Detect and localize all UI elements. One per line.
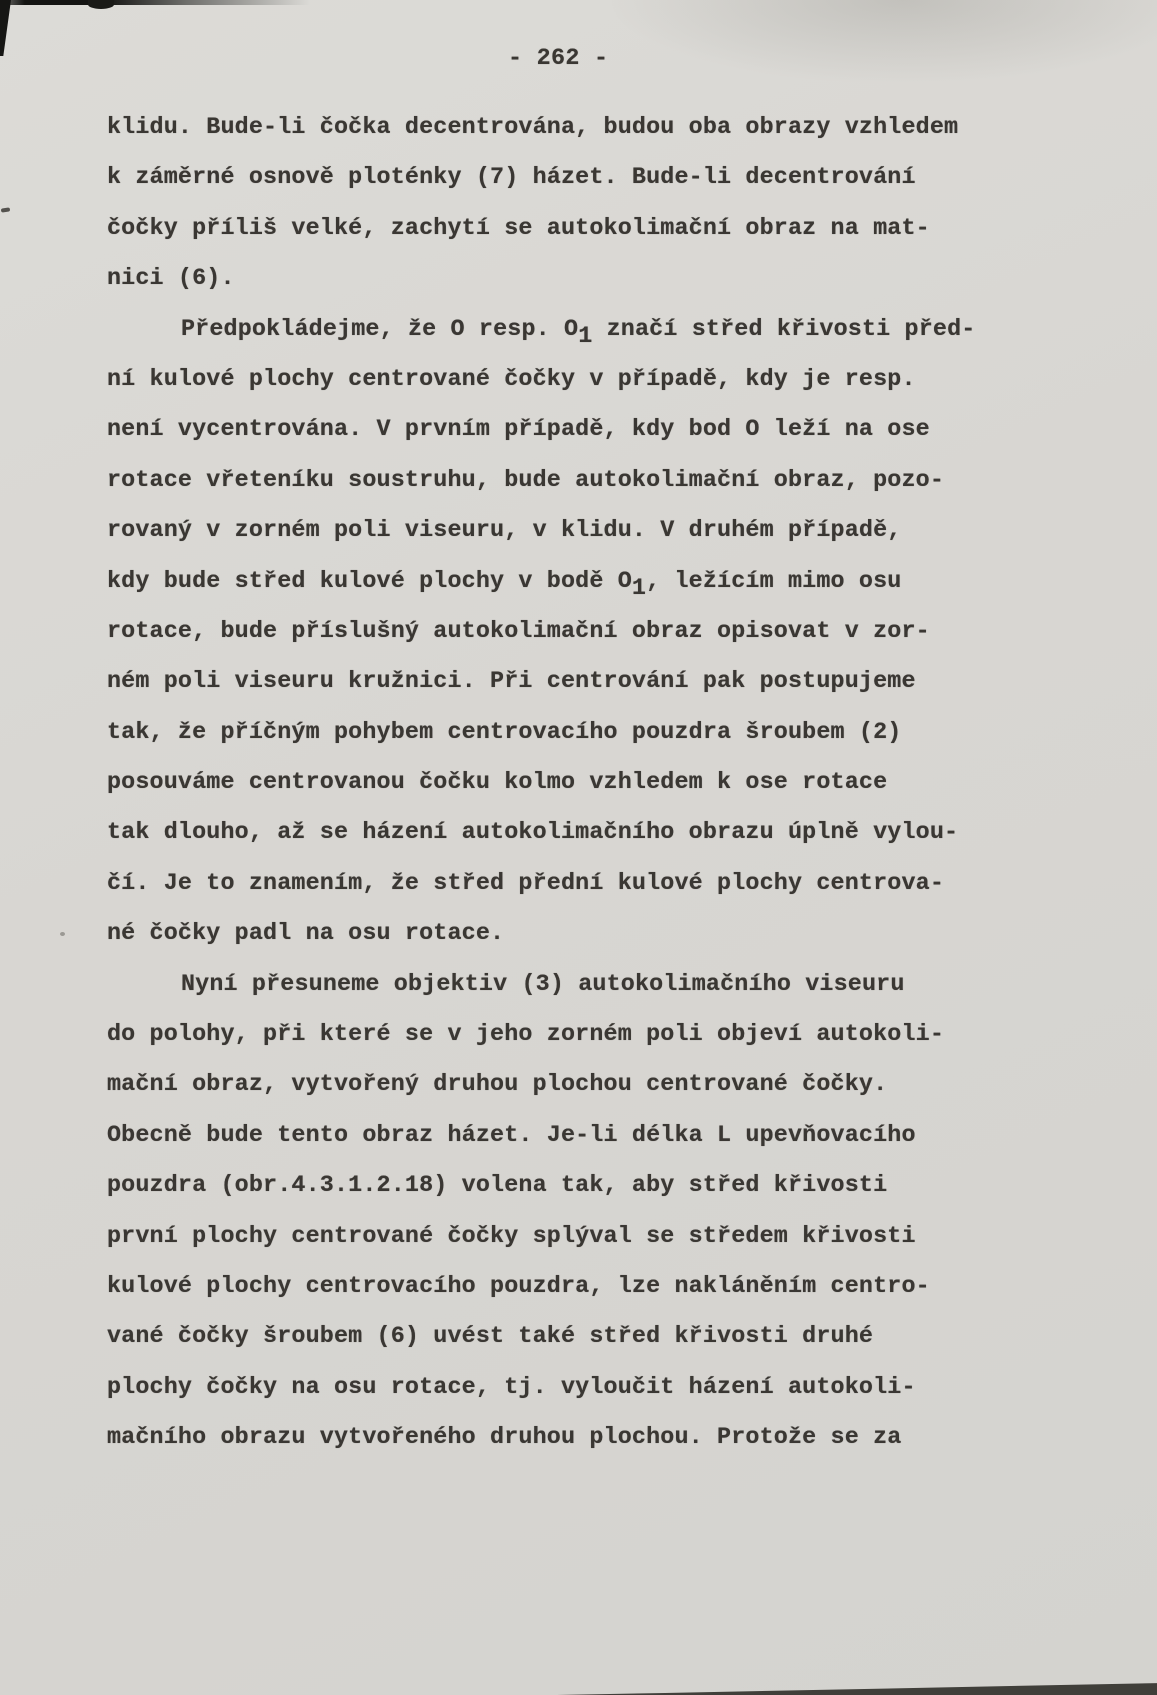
line-text: Nyní přesuneme objektiv (3) autokolimačn… xyxy=(181,972,905,998)
line-text: nici (6). xyxy=(107,266,235,292)
text-line: Předpokládejme, že O resp. O1 značí stře… xyxy=(107,305,1007,355)
line-text: rovaný v zorném poli viseuru, v klidu. V… xyxy=(107,518,901,544)
line-text: vané čočky šroubem (6) uvést také střed … xyxy=(107,1324,873,1350)
text-line: čočky příliš velké, zachytí se autokolim… xyxy=(107,204,1007,254)
line-text: čočky příliš velké, zachytí se autokolim… xyxy=(107,216,930,242)
line-text: mační obraz, vytvořený druhou plochou ce… xyxy=(107,1072,887,1098)
line-text: klidu. Bude-li čočka decentrována, budou… xyxy=(107,115,958,141)
line-text: rotace, bude příslušný autokolimační obr… xyxy=(107,619,930,645)
line-text: né čočky padl na osu rotace. xyxy=(107,921,504,947)
line-text: mačního obrazu vytvořeného druhou plocho… xyxy=(107,1425,901,1451)
text-line: rovaný v zorném poli viseuru, v klidu. V… xyxy=(107,506,1007,556)
scan-edge-bottom-right xyxy=(557,1678,1157,1695)
text-line: Obecně bude tento obraz házet. Je-li dél… xyxy=(107,1111,1007,1161)
text-line: ném poli viseuru kružnici. Při centrován… xyxy=(107,657,1007,707)
text-line: čí. Je to znamením, že střed přední kulo… xyxy=(107,859,1007,909)
text-line: ní kulové plochy centrované čočky v příp… xyxy=(107,355,1007,405)
text-line: tak, že příčným pohybem centrovacího pou… xyxy=(107,708,1007,758)
line-text: , ležícím mimo osu xyxy=(646,569,901,595)
text-line: vané čočky šroubem (6) uvést také střed … xyxy=(107,1312,1007,1362)
line-text: Předpokládejme, že O resp. O xyxy=(181,317,578,343)
text-line: nici (6). xyxy=(107,254,1007,304)
line-text: tak, že příčným pohybem centrovacího pou… xyxy=(107,720,901,746)
text-line: Nyní přesuneme objektiv (3) autokolimačn… xyxy=(107,960,1007,1010)
text-line: k záměrné osnově ploténky (7) házet. Bud… xyxy=(107,153,1007,203)
text-line: posouváme centrovanou čočku kolmo vzhled… xyxy=(107,758,1007,808)
text-line: první plochy centrované čočky splýval se… xyxy=(107,1212,1007,1262)
line-text: kdy bude střed kulové plochy v bodě O xyxy=(107,569,632,595)
line-text: k záměrné osnově ploténky (7) házet. Bud… xyxy=(107,165,916,191)
text-line: plochy čočky na osu rotace, tj. vyloučit… xyxy=(107,1363,1007,1413)
line-text: pouzdra (obr.4.3.1.2.18) volena tak, aby… xyxy=(107,1173,887,1199)
text-line: rotace, bude příslušný autokolimační obr… xyxy=(107,607,1007,657)
scan-edge-top-left xyxy=(0,0,11,56)
page-number: - 262 - xyxy=(508,46,608,72)
subscript-text: 1 xyxy=(578,324,592,350)
text-line: do polohy, při které se v jeho zorném po… xyxy=(107,1010,1007,1060)
line-text: první plochy centrované čočky splýval se… xyxy=(107,1224,916,1250)
text-line: kdy bude střed kulové plochy v bodě O1, … xyxy=(107,557,1007,607)
line-text: značí střed křivosti před- xyxy=(592,317,975,343)
line-text: ném poli viseuru kružnici. Při centrován… xyxy=(107,669,916,695)
text-line: mační obraz, vytvořený druhou plochou ce… xyxy=(107,1060,1007,1110)
text-line: né čočky padl na osu rotace. xyxy=(107,909,1007,959)
line-text: není vycentrována. V prvním případě, kdy… xyxy=(107,417,930,443)
ink-speck-dot xyxy=(60,932,65,936)
text-line: rotace vřeteníku soustruhu, bude autokol… xyxy=(107,456,1007,506)
line-text: plochy čočky na osu rotace, tj. vyloučit… xyxy=(107,1375,916,1401)
body-text: klidu. Bude-li čočka decentrována, budou… xyxy=(107,103,1007,1464)
line-text: do polohy, při které se v jeho zorném po… xyxy=(107,1022,944,1048)
scanned-page: - 262 - klidu. Bude-li čočka decentrován… xyxy=(0,0,1157,1695)
text-line: kulové plochy centrovacího pouzdra, lze … xyxy=(107,1262,1007,1312)
line-text: tak dlouho, až se házení autokolimačního… xyxy=(107,820,958,846)
line-text: ní kulové plochy centrované čočky v příp… xyxy=(107,367,916,393)
text-line: mačního obrazu vytvořeného druhou plocho… xyxy=(107,1413,1007,1463)
text-line: není vycentrována. V prvním případě, kdy… xyxy=(107,405,1007,455)
ink-speck-dash xyxy=(1,207,10,212)
scan-edge-top xyxy=(0,0,310,5)
text-line: klidu. Bude-li čočka decentrována, budou… xyxy=(107,103,1007,153)
line-text: Obecně bude tento obraz házet. Je-li dél… xyxy=(107,1123,916,1149)
line-text: rotace vřeteníku soustruhu, bude autokol… xyxy=(107,468,944,494)
text-line: pouzdra (obr.4.3.1.2.18) volena tak, aby… xyxy=(107,1161,1007,1211)
scan-edge-top-blob xyxy=(88,0,114,9)
line-text: čí. Je to znamením, že střed přední kulo… xyxy=(107,871,944,897)
text-line: tak dlouho, až se házení autokolimačního… xyxy=(107,808,1007,858)
line-text: posouváme centrovanou čočku kolmo vzhled… xyxy=(107,770,887,796)
line-text: kulové plochy centrovacího pouzdra, lze … xyxy=(107,1274,930,1300)
subscript-text: 1 xyxy=(632,576,646,602)
